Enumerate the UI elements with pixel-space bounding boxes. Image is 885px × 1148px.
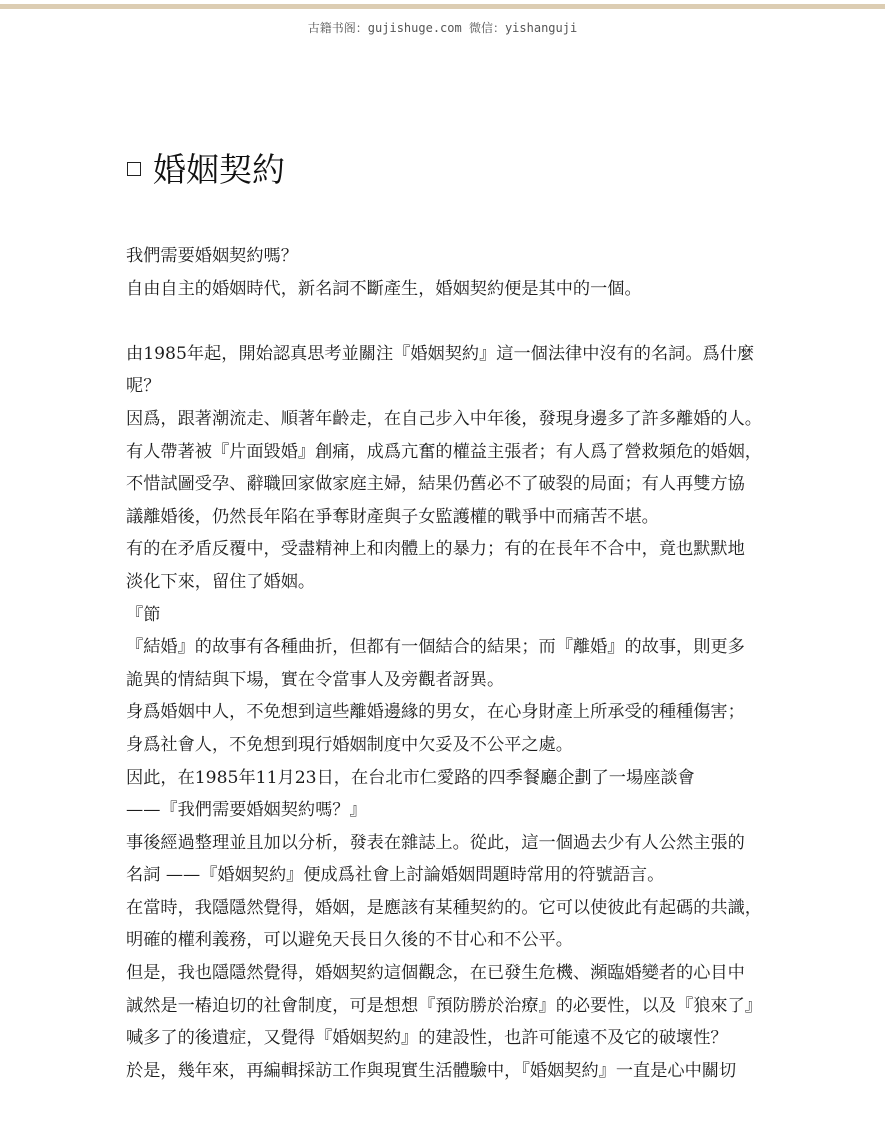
text-line: 但是，我也隱隱然覺得，婚姻契約這個觀念，在已發生危機、瀕臨婚變者的心目中 [126,957,806,990]
blank-line [126,305,806,338]
text-line: 因爲，跟著潮流走、順著年齡走，在自己步入中年後，發現身邊多了許多離婚的人。 [126,403,806,436]
text-line: 呢？ [126,370,806,403]
text-line: 由1985年起，開始認真思考並關注『婚姻契約』這一個法律中沒有的名詞。爲什麼 [126,338,806,371]
text-line: 喊多了的後遺症，又覺得『婚姻契約』的建設性，也許可能遠不及它的破壞性？ [126,1022,806,1055]
text-line: 明確的權利義務，可以避免天長日久後的不甘心和不公平。 [126,924,806,957]
text-line: 不惜試圖受孕、辭職回家做家庭主婦，結果仍舊必不了破裂的局面；有人再雙方協 [126,468,806,501]
text-line: 因此，在1985年11月23日，在台北市仁愛路的四季餐廳企劃了一場座談會 [126,762,806,795]
text-line: 在當時，我隱隱然覺得，婚姻，是應該有某種契約的。它可以使彼此有起碼的共識， [126,892,806,925]
text-line: 於是，幾年來，再編輯採訪工作與現實生活體驗中，『婚姻契約』一直是心中關切 [126,1055,806,1088]
text-line: 有人帶著被『片面毀婚』創痛，成爲亢奮的權益主張者；有人爲了營救頻危的婚姻， [126,436,806,469]
text-line: 自由自主的婚姻時代，新名詞不斷產生，婚姻契約便是其中的一個。 [126,273,806,306]
site-header: 古籍书阁：gujishuge.com 微信：yishanguji [0,19,885,36]
text-line: 詭異的情結與下場，實在令當事人及旁觀者訝異。 [126,664,806,697]
page-title: 婚姻契約 [127,150,285,190]
text-line: 淡化下來，留住了婚姻。 [126,566,806,599]
top-decorative-bar [0,4,885,9]
body-text: 我們需要婚姻契約嗎？ 自由自主的婚姻時代，新名詞不斷產生，婚姻契約便是其中的一個… [126,240,806,1087]
text-line: 『節 [126,599,806,632]
text-line: 名詞 ——『婚姻契約』便成爲社會上討論婚姻問題時常用的符號語言。 [126,859,806,892]
text-line: 身爲婚姻中人，不免想到這些離婚邊緣的男女，在心身財產上所承受的種種傷害； [126,696,806,729]
text-line: 身爲社會人，不免想到現行婚姻制度中欠妥及不公平之處。 [126,729,806,762]
text-line: 我們需要婚姻契約嗎？ [126,240,806,273]
text-line: 有的在矛盾反覆中，受盡精神上和肉體上的暴力；有的在長年不合中，竟也默默地 [126,533,806,566]
text-line: ——『我們需要婚姻契約嗎？』 [126,794,806,827]
square-icon [127,162,141,176]
text-line: 『結婚』的故事有各種曲折，但都有一個結合的結果；而『離婚』的故事，則更多 [126,631,806,664]
text-line: 議離婚後，仍然長年陷在爭奪財產與子女監護權的戰爭中而痛苦不堪。 [126,501,806,534]
title-text: 婚姻契約 [153,150,285,189]
text-line: 誠然是一樁迫切的社會制度，可是想想『預防勝於治療』的必要性，以及『狼來了』 [126,990,806,1023]
text-line: 事後經過整理並且加以分析，發表在雜誌上。從此，這一個過去少有人公然主張的 [126,827,806,860]
